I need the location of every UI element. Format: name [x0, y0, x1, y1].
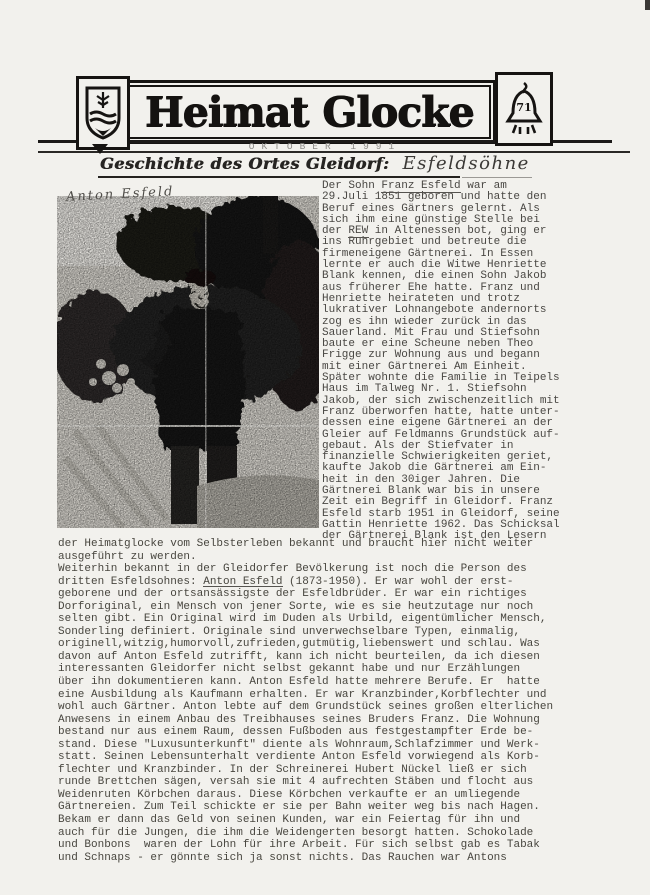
masthead: HeimatGlocke: [122, 80, 496, 144]
heading-topic: Esfeldsöhne: [402, 153, 529, 174]
scan-smudge: [645, 0, 650, 10]
heading-underline-faint: [462, 177, 532, 178]
bell-number: 71: [516, 101, 531, 114]
scanned-newsletter-page: HeimatGlocke 71 OKTOBER 1991 Geschichte …: [0, 0, 650, 895]
underline-franz-esfeld: [381, 192, 461, 193]
photo-illustration: [57, 196, 319, 528]
coat-of-arms-box: [76, 76, 130, 150]
photo-anton-esfeld: [57, 196, 319, 528]
heading-label: Geschichte des Ortes Gleidorf:: [100, 154, 389, 173]
page-title: HeimatGlocke: [145, 92, 474, 133]
coat-of-arms-icon: [85, 86, 121, 140]
title-word-glocke: Glocke: [322, 88, 473, 136]
shield-tip-ornament: [92, 144, 108, 154]
bell-icon: 71: [504, 81, 544, 137]
underline-rew: [348, 237, 369, 238]
article-heading: Geschichte des Ortes Gleidorf: Esfeldsöh…: [100, 153, 570, 174]
article-body-text: der Heimatglocke vom Selbsterleben bekan…: [58, 538, 633, 864]
bell-box: 71: [495, 72, 553, 146]
title-word-heimat: Heimat: [145, 88, 308, 136]
article-column-text: Der Sohn Franz Esfeld war am 29.Juli 185…: [322, 181, 622, 543]
heading-underline: [98, 176, 460, 178]
